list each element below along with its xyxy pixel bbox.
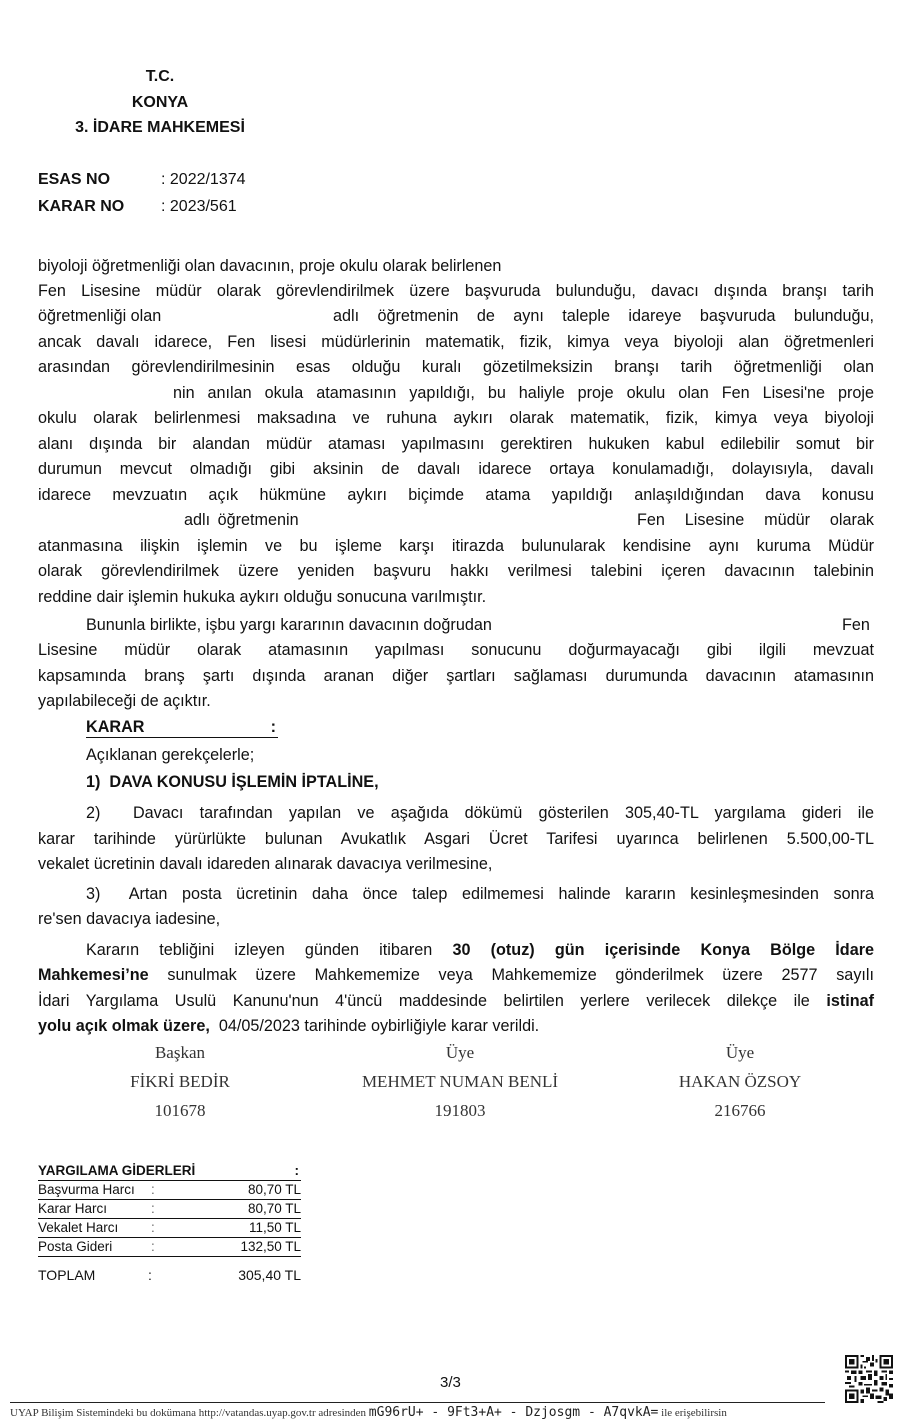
esas-no-label: ESAS NO (38, 171, 110, 188)
footer-verification: UYAP Bilişim Sistemindeki bu dokümana ht… (10, 1405, 727, 1420)
karar-item-3: 3) Artan posta ücretinin daha önce talep… (86, 884, 874, 904)
costs-row: Başvurma Harcı : 80,70 TL (38, 1181, 301, 1200)
signature-role: Başkan (60, 1043, 300, 1063)
footer-suffix: ile erişebilirsin (661, 1407, 727, 1419)
cost-sep: : (151, 1181, 155, 1199)
appeal-line: İdari Yargılama Usulü Kanunu'nun 4'üncü … (38, 991, 874, 1011)
footer-divider (10, 1402, 825, 1403)
karar-item-1: 1) DAVA KONUSU İŞLEMİN İPTALİNE, (86, 772, 379, 792)
cost-total-sep: : (148, 1265, 152, 1285)
appeal-line: yolu açık olmak üzere, 04/05/2023 tarihi… (38, 1016, 874, 1036)
body-line: atanmasına ilişkin işlemin ve bu işleme … (38, 536, 874, 556)
header-tc: T.C. (30, 68, 290, 86)
appeal-text: İdari Yargılama Usulü Kanunu'nun 4'üncü … (38, 992, 826, 1010)
signature-name: MEHMET NUMAN BENLİ (340, 1072, 580, 1092)
esas-no: ESAS NO : 2022/1374 (38, 171, 110, 189)
costs-title-label: YARGILAMA GİDERLERİ (38, 1163, 195, 1178)
costs-row: Posta Gideri : 132,50 TL (38, 1238, 301, 1257)
para2-line: Lisesine müdür olarak atamasının yapılma… (38, 640, 874, 660)
cost-sep: : (151, 1219, 155, 1237)
signature-id: 101678 (60, 1101, 300, 1121)
para2-line: kapsamında branş şartı dışında aranan di… (38, 666, 874, 686)
para2-line: Bununla birlikte, işbu yargı kararının d… (86, 615, 492, 635)
body-line: olarak görevlendirilmek üzere yeniden ba… (38, 561, 874, 581)
costs-total: TOPLAM : 305,40 TL (38, 1265, 301, 1285)
cost-value: 80,70 TL (248, 1200, 301, 1218)
esas-no-value: : 2022/1374 (161, 171, 246, 189)
appeal-text: Kararın tebliğini izleyen günden itibare… (86, 941, 452, 959)
karar-item-2: vekalet ücretinin davalı idareden alınar… (38, 854, 874, 874)
body-line: arasından görevlendirilmesinin esas oldu… (38, 357, 874, 377)
page-number: 3/3 (440, 1374, 461, 1391)
costs-row: Karar Harcı : 80,70 TL (38, 1200, 301, 1219)
karar-item-2: 2) Davacı tarafından yapılan ve aşağıda … (86, 803, 874, 823)
body-line: nin anılan okula atamasının yapıldığı, b… (173, 383, 874, 403)
body-line: durumun mevcut olmadığı gibi aksinin de … (38, 459, 874, 479)
signature-name: FİKRİ BEDİR (60, 1072, 300, 1092)
karar-item-3: re'sen davacıya iadesine, (38, 909, 874, 929)
signature-role: Üye (340, 1043, 580, 1063)
signature-member-2: Üye HAKAN ÖZSOY 216766 (620, 1043, 860, 1121)
body-line: alanı dışında bir alandan müdür ataması … (38, 434, 874, 454)
body-line: adlı öğretmenin de aynı taleple idareye … (333, 306, 874, 326)
body-line: biyoloji öğretmenliği olan davacının, pr… (38, 256, 874, 276)
cost-total-value: 305,40 TL (238, 1265, 301, 1285)
header-court: 3. İDARE MAHKEMESİ (30, 119, 290, 137)
cost-label: Vekalet Harcı (38, 1219, 118, 1237)
signature-role: Üye (620, 1043, 860, 1063)
cost-label: Posta Gideri (38, 1238, 112, 1256)
appeal-text: sunulmak üzere Mahkememize veya Mahkemem… (149, 966, 874, 984)
cost-value: 132,50 TL (240, 1238, 301, 1256)
signature-id: 191803 (340, 1101, 580, 1121)
appeal-line: Kararın tebliğini izleyen günden itibare… (86, 940, 874, 960)
body-line: Fen Lisesine müdür olarak görevlendirilm… (38, 281, 874, 301)
signature-id: 216766 (620, 1101, 860, 1121)
cost-value: 80,70 TL (248, 1181, 301, 1199)
appeal-court: Mahkemesi’ne (38, 966, 149, 984)
karar-intro: Açıklanan gerekçelerle; (86, 745, 254, 765)
cost-sep: : (151, 1200, 155, 1218)
costs-table: YARGILAMA GİDERLERİ : Başvurma Harcı : 8… (38, 1163, 301, 1285)
body-line: ancak davalı idarece, Fen lisesi müdürle… (38, 332, 874, 352)
body-line: idarece mevzuatın açık hükmüne aykırı bi… (38, 485, 874, 505)
header-city: KONYA (30, 94, 290, 112)
para2-line: yapılabileceği de açıktır. (38, 691, 874, 711)
appeal-istinaf: istinaf (826, 992, 874, 1010)
cost-total-label: TOPLAM (38, 1265, 95, 1285)
qr-code-icon (845, 1355, 893, 1403)
appeal-line: Mahkemesi’ne sunulmak üzere Mahkememize … (38, 965, 874, 985)
signature-president: Başkan FİKRİ BEDİR 101678 (60, 1043, 300, 1121)
costs-title: YARGILAMA GİDERLERİ : (38, 1163, 301, 1181)
cost-sep: : (151, 1238, 155, 1256)
para2-line: Fen (842, 615, 870, 635)
karar-heading: KARAR : (86, 718, 278, 738)
body-line: adlı öğretmenin (184, 510, 299, 530)
body-line: reddine dair işlemin hukuka aykırı olduğ… (38, 587, 874, 607)
appeal-date: 04/05/2023 tarihinde oybirliğiyle karar … (210, 1017, 539, 1035)
body-line: okulu olarak belirlenmesi maksadına ve r… (38, 408, 874, 428)
costs-title-colon: : (295, 1163, 300, 1178)
karar-no: KARAR NO : 2023/561 (38, 198, 124, 216)
costs-row: Vekalet Harcı : 11,50 TL (38, 1219, 301, 1238)
appeal-deadline: 30 (otuz) gün içerisinde Konya Bölge İda… (452, 941, 874, 959)
signature-member-1: Üye MEHMET NUMAN BENLİ 191803 (340, 1043, 580, 1121)
footer-prefix: UYAP Bilişim Sistemindeki bu dokümana ht… (10, 1407, 366, 1419)
body-line: Fen Lisesine müdür olarak (637, 510, 874, 530)
footer-verification-code: mG96rU+ - 9Ft3+A+ - Dzjosgm - A7qvkA= (369, 1405, 659, 1420)
cost-value: 11,50 TL (249, 1219, 301, 1237)
karar-item-2: karar tarihinde yürürlükte bulunan Avuka… (38, 829, 874, 849)
cost-label: Başvurma Harcı (38, 1181, 135, 1199)
cost-label: Karar Harcı (38, 1200, 107, 1218)
appeal-istinaf-cont: yolu açık olmak üzere, (38, 1017, 210, 1035)
karar-no-label: KARAR NO (38, 198, 124, 215)
karar-heading-colon: : (271, 718, 276, 737)
karar-no-value: : 2023/561 (161, 198, 237, 216)
body-line: öğretmenliği olan (38, 306, 161, 326)
karar-heading-label: KARAR (86, 718, 144, 736)
signature-name: HAKAN ÖZSOY (620, 1072, 860, 1092)
